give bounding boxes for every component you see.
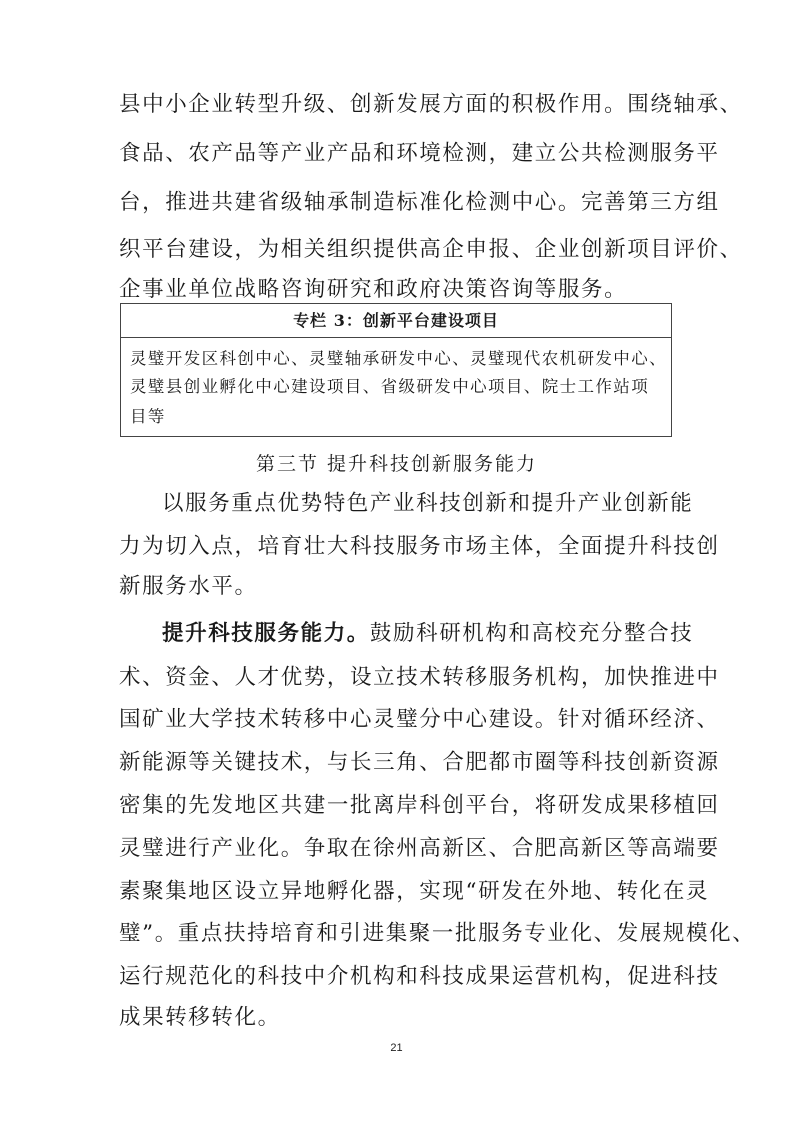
page-number: 21 [0,1041,793,1055]
text-line: 台，推进共建省级轴承制造标准化检测中心。完善第三方组 [119,189,679,217]
text-line: 国矿业大学技术转移中心灵璧分中心建设。针对循环经济、 [119,706,679,734]
text-line: 密集的先发地区共建一批离岸科创平台，将研发成果移植回 [119,792,679,820]
text-line: 璧”。重点扶持培育和引进集聚一批服务专业化、发展规模化、 [119,920,679,948]
box-text-line: 目等 [130,406,166,428]
text-line: 提升科技服务能力。鼓励科研机构和高校充分整合技 [162,620,682,648]
paragraph-lead-heading: 提升科技服务能力。 [162,621,370,646]
text-line: 县中小企业转型升级、创新发展方面的积极作用。围绕轴承、 [119,91,679,119]
text-line: 力为切入点，培育壮大科技服务市场主体，全面提升科技创 [119,533,679,561]
text-line: 以服务重点优势特色产业科技创新和提升产业创新能 [162,490,682,518]
box-text-line: 灵璧开发区科创中心、灵璧轴承研发中心、灵璧现代农机研发中心、 [130,348,667,370]
document-page: 县中小企业转型升级、创新发展方面的积极作用。围绕轴承、 食品、农产品等产业产品和… [0,0,793,1122]
text-line: 运行规范化的科技中介机构和科技成果运营机构，促进科技 [119,963,679,991]
text-line: 术、资金、人才优势，设立技术转移服务机构，加快推进中 [119,664,679,692]
text-line: 成果转移转化。 [119,1004,679,1032]
text-line: 织平台建设，为相关组织提供高企申报、企业创新项目评价、 [119,236,679,264]
box-text-line: 灵璧县创业孵化中心建设项目、省级研发中心项目、院士工作站项 [130,376,649,398]
text-line: 灵璧进行产业化。争取在徐州高新区、合肥高新区等高端要 [119,835,679,863]
paragraph-lead-text: 鼓励科研机构和高校充分整合技 [370,621,693,646]
text-line: 素聚集地区设立异地孵化器，实现“研发在外地、转化在灵 [119,878,679,906]
text-line: 新服务水平。 [119,573,679,601]
section-heading: 第三节 提升科技创新服务能力 [0,451,793,477]
text-line: 食品、农产品等产业产品和环境检测，建立公共检测服务平 [119,140,679,168]
box-title: 专栏 3：创新平台建设项目 [121,304,671,338]
text-line: 新能源等关键技术，与长三角、合肥都市圈等科技创新资源 [119,749,679,777]
text-line: 企事业单位战略咨询研究和政府决策咨询等服务。 [119,276,679,304]
project-box: 专栏 3：创新平台建设项目 灵璧开发区科创中心、灵璧轴承研发中心、灵璧现代农机研… [120,303,672,437]
